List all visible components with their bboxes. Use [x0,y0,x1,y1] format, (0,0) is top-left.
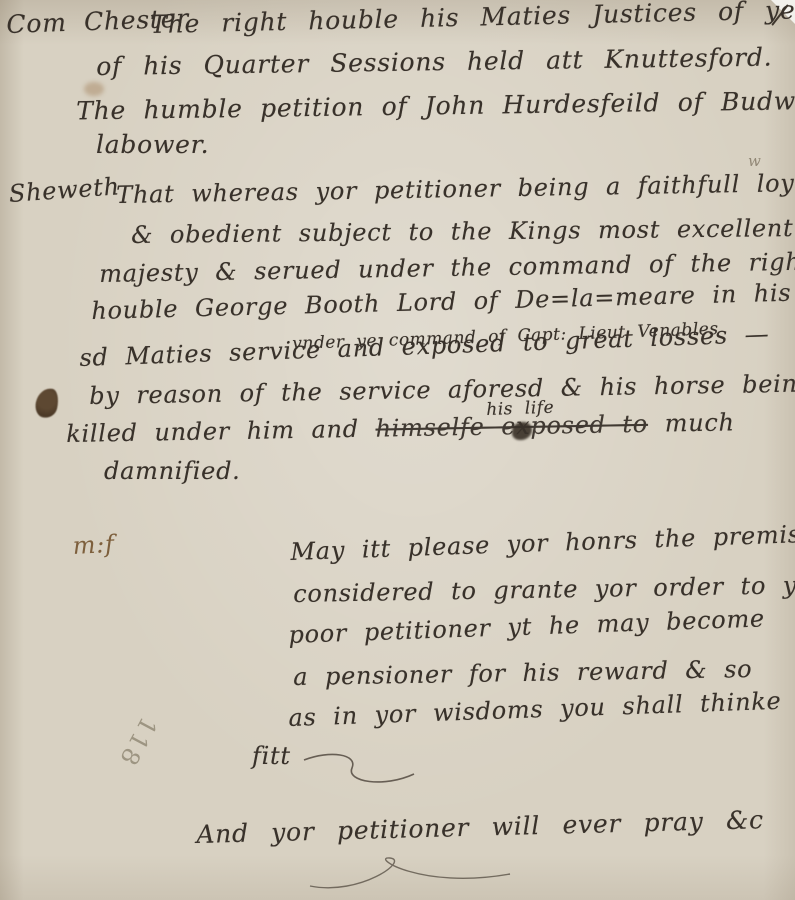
pen-flourish [300,748,420,794]
body-line-6: by reason of the service aforesd & his h… [89,369,795,410]
petition-title-line-2: labower. [96,130,209,159]
heading-line-2: of his Quarter Sessions held att Knuttes… [96,43,773,81]
body-line-5: sd Maties service and exposed to great l… [79,320,770,372]
sheweth-margin-word: Sheweth [8,172,121,208]
petition-title-line: The humble petition of John Hurdesfeild … [76,85,795,125]
closing-line: And yor petitioner will ever pray &c [196,805,764,849]
stray-pen-mark: w [748,152,761,170]
prayer-line-2: considered to grante yor order to yor [293,571,795,608]
pen-flourish-closing [300,856,520,896]
body-line-2: & obedient subject to the Kings most exc… [131,214,794,249]
prayer-line-3: poor petitioner yt he may become [288,604,765,649]
prayer-line-1: May itt please yor honrs the premisses [290,519,795,566]
body-line-7: killed under him and himselfe exposed to… [66,408,735,448]
ink-blot [33,386,61,420]
ink-smudge [84,82,104,96]
heading-line-1: The right houble his Maties Justices of … [150,0,795,39]
struck-text: himselfe exposed to [375,410,648,443]
petition-title-text: The humble petition of John Hurdesfeild … [76,86,795,125]
margin-note: m:f [72,530,115,560]
pencil-folio-number: 118 [113,713,162,772]
manuscript-page: w Com Chester The right houble his Matie… [0,0,795,900]
body-line-1: That whereas yor petitioner being a fait… [116,169,795,209]
body-line-7b: much [648,408,735,438]
prayer-line-6: fitt [252,742,291,770]
prayer-line-4: a pensioner for his reward & so [293,655,753,691]
body-line-7a: killed under him and [66,415,376,448]
body-line-8: damnified. [104,457,241,485]
prayer-line-5: as in yor wisdoms you shall thinke [288,687,782,732]
